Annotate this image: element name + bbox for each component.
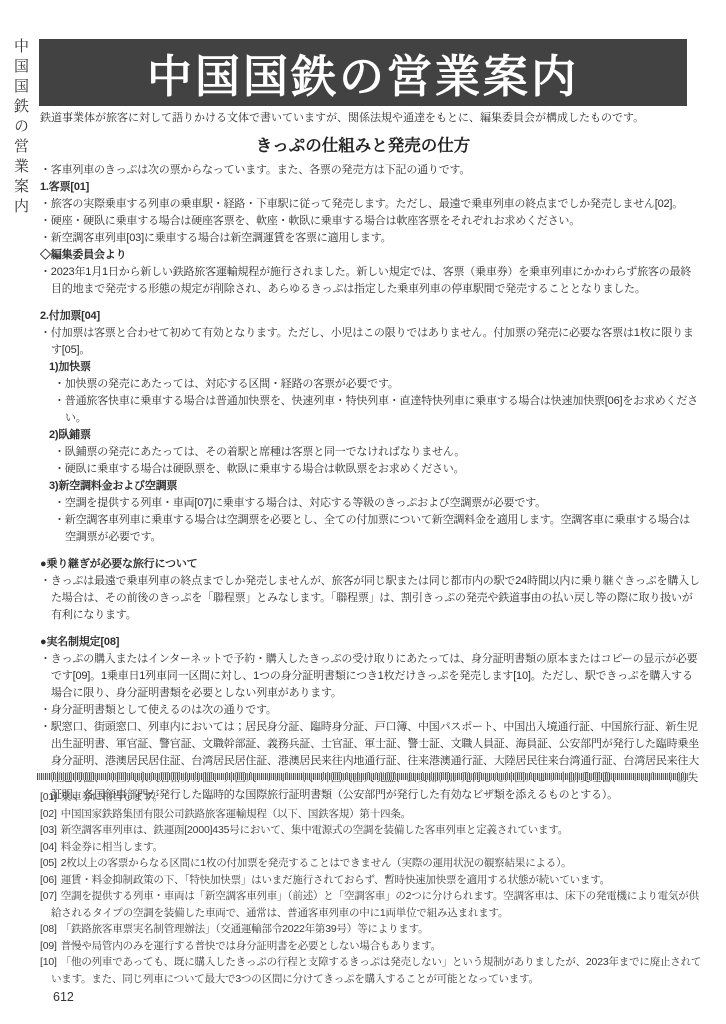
sidebar-vertical-title: 中国国鉄の営業案内	[10, 38, 31, 218]
footnote-text: 中国国家鉄路集団有限公司鉄路旅客運輸規程（以下、国鉄客規）第十四条。	[61, 808, 411, 820]
footnote-ref: [04]	[40, 841, 57, 853]
footnotes-section: [01]乗車券に相当します。[02]中国国家鉄路集団有限公司鉄路旅客運輸規程（以…	[40, 789, 702, 987]
footnote-text: 空調を提供する列車・車両は「新空調客車列車」（前述）と「空調客車」の2つに分けら…	[51, 890, 699, 919]
body-line: ・きっぷの購入またはインターネットで予約・購入したきっぷの受け取りにあたっては、…	[40, 651, 700, 702]
body-line: ・きっぷは最遠で乗車列車の終点までしか発売しませんが、旅客が同じ駅または同じ都市…	[40, 573, 700, 624]
body-content: ・客車列車のきっぷは次の票からなっています。また、各票の発売方は下記の通りです。…	[40, 162, 700, 804]
body-line: ・2023年1月1日から新しい鉄路旅客運輸規程が施行されました。新しい規定では、…	[40, 264, 700, 298]
body-line: 1.客票[01]	[40, 179, 700, 196]
body-line: ◇編集委員会より	[40, 247, 700, 264]
body-line: 1)加快票	[49, 359, 700, 376]
footnote-ref: [02]	[40, 808, 57, 820]
page-number: 612	[53, 990, 74, 1004]
body-line: ・新空調客車列車[03]に乗車する場合は新空調運賃を客票に適用します。	[40, 230, 700, 247]
footnote-ref: [08]	[40, 923, 57, 935]
footnote-item: [09]普慢や局管内のみを運行する普快では身分証明書を必要としない場合もあります…	[40, 938, 702, 955]
body-line	[40, 546, 700, 556]
footnote-text: 「他の列車であっても、既に購入したきっぷの行程と支障するきっぷは発売しない」とい…	[51, 956, 701, 985]
footnote-ref: [10]	[40, 956, 57, 968]
body-line: 2)臥鋪票	[49, 427, 700, 444]
footnote-ref: [09]	[40, 940, 57, 952]
body-line: ●実名制規定[08]	[40, 634, 700, 651]
footnote-item: [08]「鉄路旅客車票実名制管理辦法」（交通運輸部令2022年第39号）等により…	[40, 921, 702, 938]
page-title: 中国国鉄の営業案内	[147, 40, 579, 105]
footnote-text: 料金券に相当します。	[61, 841, 163, 853]
footnote-item: [06]運賃・料金抑制政策の下、「特快加快票」はいまだ施行されておらず、暫時快速…	[40, 872, 702, 889]
footnote-item: [02]中国国家鉄路集団有限公司鉄路旅客運輸規程（以下、国鉄客規）第十四条。	[40, 806, 702, 823]
footnote-ref: [01]	[40, 791, 57, 803]
footnote-item: [01]乗車券に相当します。	[40, 789, 702, 806]
body-line: ・加快票の発売にあたっては、対応する区間・経路の客票が必要です。	[54, 376, 700, 393]
body-line: 2.付加票[04]	[40, 308, 700, 325]
document-page: 中国国鉄の営業案内 中国国鉄の営業案内 鉄道事業体が旅客に対して語りかける文体で…	[0, 0, 726, 1024]
footnote-divider	[37, 773, 689, 780]
footnote-item: [04]料金券に相当します。	[40, 839, 702, 856]
body-line	[40, 298, 700, 308]
footnote-text: 乗車券に相当します。	[61, 791, 163, 803]
body-line: ●乗り継ぎが必要な旅行について	[40, 556, 700, 573]
body-line: ・旅客の実際乗車する列車の乗車駅・経路・下車駅に従って発売します。ただし、最遠で…	[40, 196, 700, 213]
body-line	[40, 624, 700, 634]
footnote-text: 「鉄路旅客車票実名制管理辦法」（交通運輸部令2022年第39号）等によります。	[61, 923, 429, 935]
body-line: ・客車列車のきっぷは次の票からなっています。また、各票の発売方は下記の通りです。	[40, 162, 700, 179]
footnote-text: 新空調客車列車は、鉄運函[2000]435号において、集中電源式の空調を装備した…	[61, 824, 568, 836]
footnote-text: 運賃・料金抑制政策の下、「特快加快票」はいまだ施行されておらず、暫時快速加快票を…	[61, 874, 610, 886]
footnote-ref: [03]	[40, 824, 57, 836]
footnote-text: 普慢や局管内のみを運行する普快では身分証明書を必要としない場合もあります。	[61, 940, 441, 952]
footnote-item: [03]新空調客車列車は、鉄運函[2000]435号において、集中電源式の空調を…	[40, 822, 702, 839]
footnote-ref: [05]	[40, 857, 57, 869]
body-line: ・付加票は客票と合わせて初めて有効となります。ただし、小児はこの限りではありませ…	[40, 325, 700, 359]
footnote-ref: [07]	[40, 890, 57, 902]
footnote-item: [07]空調を提供する列車・車両は「新空調客車列車」（前述）と「空調客車」の2つ…	[40, 888, 702, 921]
body-line: ・新空調客車列車に乗車する場合は空調票を必要とし、全ての付加票について新空調料金…	[54, 512, 700, 546]
footnote-ref: [06]	[40, 874, 57, 886]
header-banner: 中国国鉄の営業案内	[39, 39, 687, 106]
body-line: ・臥鋪票の発売にあたっては、その着駅と席種は客票と同一でなければなりません。	[54, 444, 700, 461]
body-line: ・身分証明書類として使えるのは次の通りです。	[40, 702, 700, 719]
section-heading: きっぷの仕組みと発売の仕方	[0, 132, 726, 156]
body-line: ・硬座・硬臥に乗車する場合は硬座客票を、軟座・軟臥に乗車する場合は軟座客票をそれ…	[40, 213, 700, 230]
footnote-item: [05]2枚以上の客票からなる区間に1枚の付加票を発売することはできません（実際…	[40, 855, 702, 872]
body-line: ・普通旅客快車に乗車する場合は普通加快票を、快速列車・特快列車・直達特快列車に乗…	[54, 393, 700, 427]
body-line: 3)新空調料金および空調票	[49, 478, 700, 495]
body-line: ・硬臥に乗車する場合は硬臥票を、軟臥に乗車する場合は軟臥票をお求めください。	[54, 461, 700, 478]
intro-note: 鉄道事業体が旅客に対して語りかける文体で書いていますが、関係法規や通達をもとに、…	[40, 111, 710, 125]
footnote-item: [10]「他の列車であっても、既に購入したきっぷの行程と支障するきっぷは発売しな…	[40, 954, 702, 987]
body-line: ・空調を提供する列車・車両[07]に乗車する場合は、対応する等級のきっぷおよび空…	[54, 495, 700, 512]
footnote-text: 2枚以上の客票からなる区間に1枚の付加票を発売することはできません（実際の運用状…	[61, 857, 572, 869]
